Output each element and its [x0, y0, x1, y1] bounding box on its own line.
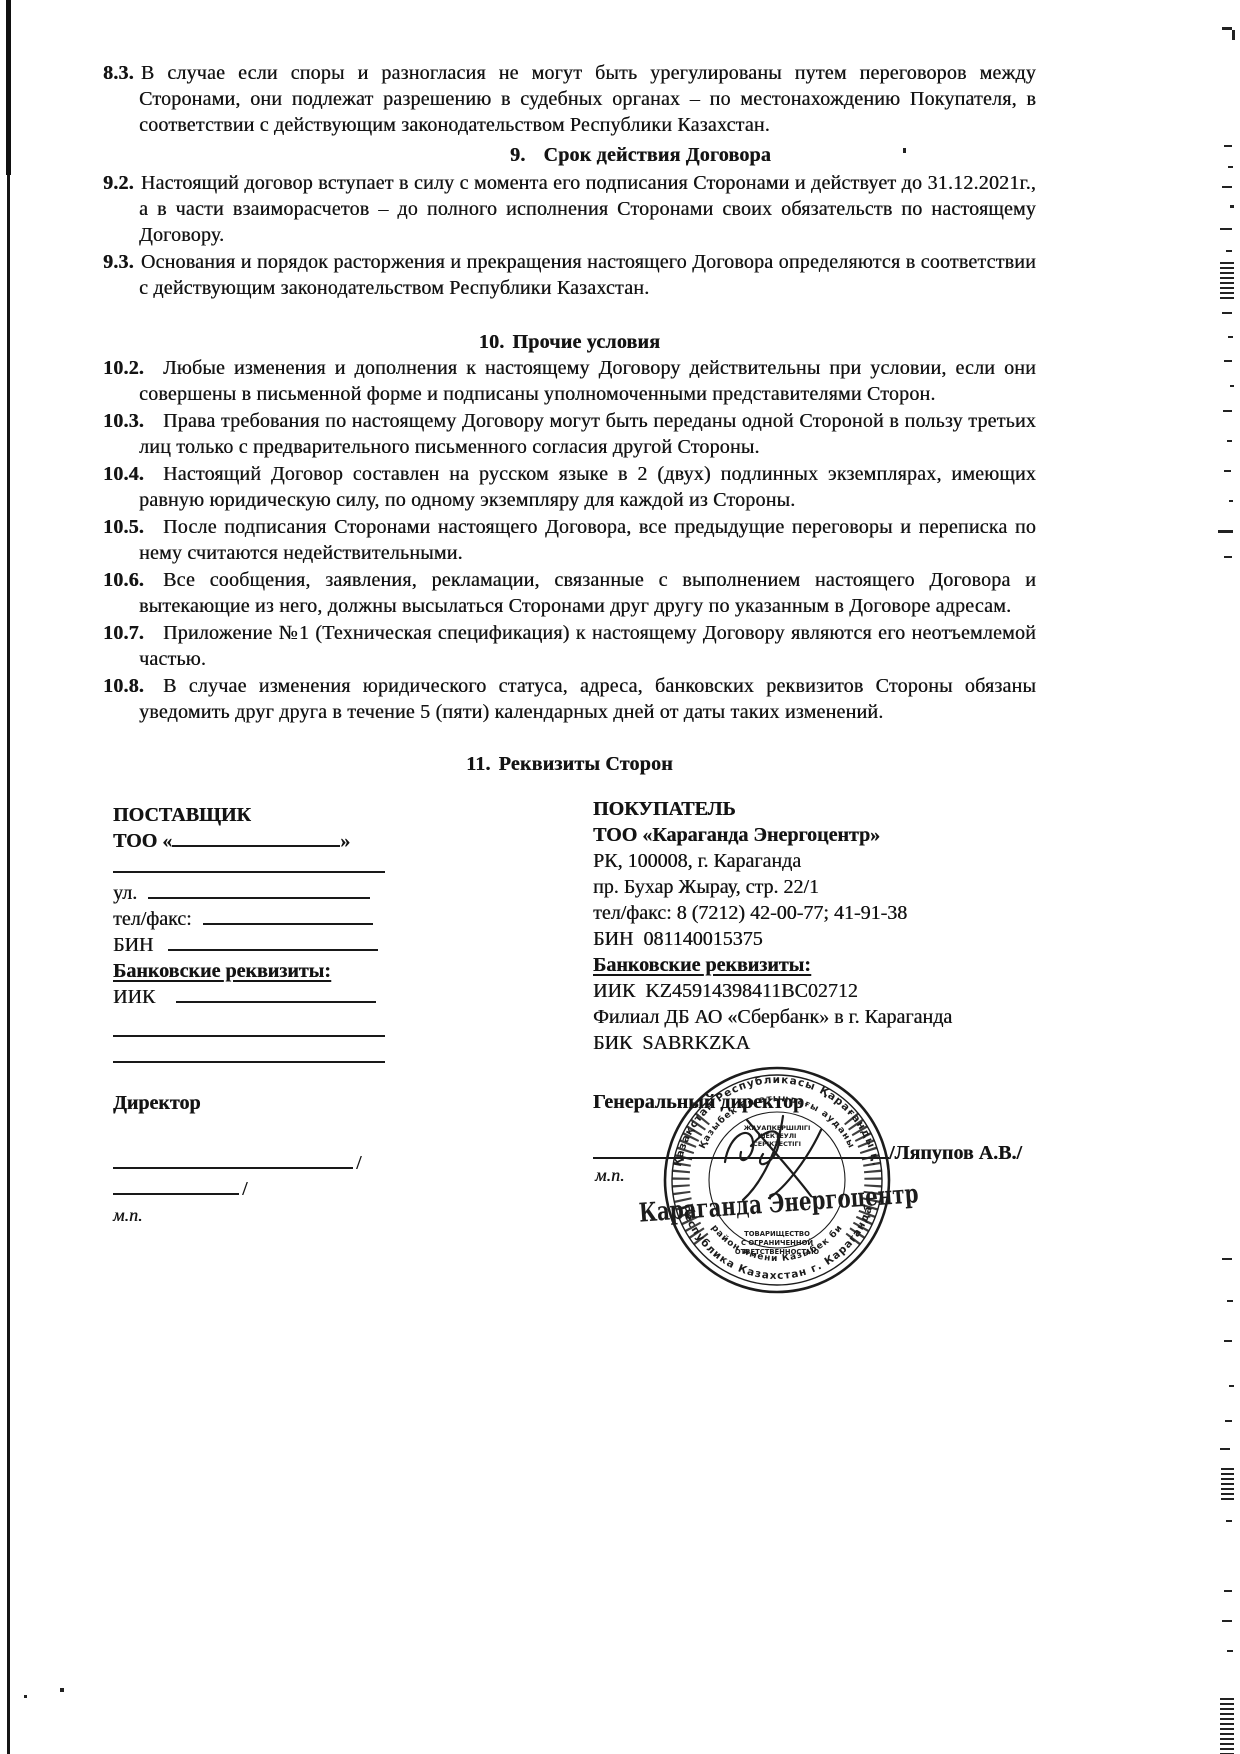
- supplier-role: ПОСТАВЩИК: [113, 802, 453, 828]
- buyer-bank-label: Банковские реквизиты:: [593, 952, 1063, 978]
- scan-artifact: [1225, 1420, 1232, 1422]
- iik-label: ИИК: [113, 986, 155, 1008]
- clause-text: В случае изменения юридического статуса,…: [139, 675, 1036, 723]
- clause-text: Настоящий Договор составлен на русском я…: [139, 463, 1036, 511]
- scan-artifact: [1229, 500, 1233, 502]
- section-10-heading: 10.Прочие условия: [103, 329, 1036, 355]
- supplier-bank-label: Банковские реквизиты:: [113, 958, 453, 984]
- blank-underline: [172, 831, 340, 847]
- clause-10-3: 10.3.Права требования по настоящему Дого…: [103, 408, 1036, 460]
- clause-number: 10.2.: [103, 357, 144, 379]
- scan-artifact: [1222, 27, 1232, 30]
- clause-10-5: 10.5.После подписания Сторонами настояще…: [103, 514, 1036, 566]
- blank-underline: [168, 935, 378, 951]
- section-9-heading: 9.Срок действия Договора: [103, 142, 1036, 168]
- scan-artifact: [1221, 1468, 1234, 1500]
- clause-10-4: 10.4.Настоящий Договор составлен на русс…: [103, 461, 1036, 513]
- clause-number: 9.2.: [103, 172, 134, 194]
- supplier-name-prefix: ТОО «: [113, 830, 172, 852]
- stamp-center-small-bottom-line2: С ОГРАНИЧЕННОЙ: [741, 1238, 813, 1247]
- scan-artifact: [1232, 30, 1235, 40]
- scan-artifact: [1222, 186, 1232, 188]
- supplier-director-label: Директор: [113, 1090, 453, 1116]
- clause-number: 9.3.: [103, 251, 134, 273]
- clause-number: 10.8.: [103, 675, 144, 697]
- phone-label: тел/факс:: [113, 908, 192, 930]
- supplier-street-row: ул.: [113, 880, 453, 906]
- scan-artifact: [1222, 1258, 1232, 1260]
- company-stamp: Қазақстан Республикасы Қарағанды қ. Қазы…: [657, 1060, 897, 1300]
- clause-number: 10.7.: [103, 622, 144, 644]
- clause-10-2: 10.2.Любые изменения и дополнения к наст…: [103, 355, 1036, 407]
- clause-text: В случае если споры и разногласия не мог…: [139, 62, 1036, 136]
- clause-number: 10.4.: [103, 463, 144, 485]
- blank-underline: [113, 857, 385, 873]
- supplier-iik-row: ИИК: [113, 984, 453, 1010]
- clause-8-3: 8.3.В случае если споры и разногласия не…: [103, 60, 1036, 138]
- scan-artifact: [1228, 336, 1233, 338]
- supplier-bin-row: БИН: [113, 932, 453, 958]
- contract-body: 8.3.В случае если споры и разногласия не…: [103, 60, 1036, 779]
- clause-text: После подписания Сторонами настоящего До…: [139, 516, 1036, 564]
- scan-artifact: [7, 0, 10, 1754]
- slash: /: [356, 1150, 362, 1176]
- blank-row: [113, 1018, 453, 1044]
- clause-text: Любые изменения и дополнения к настоящем…: [139, 357, 1036, 405]
- clause-number: 10.6.: [103, 569, 144, 591]
- buyer-address1: РК, 100008, г. Караганда: [593, 848, 1063, 874]
- scan-artifact: [1227, 1300, 1233, 1302]
- scan-artifact: [1226, 1520, 1232, 1522]
- supplier-stamp-place: м.п.: [113, 1202, 453, 1228]
- signature-line: [113, 1179, 239, 1195]
- scan-artifact: [1227, 1650, 1233, 1652]
- scan-artifact: [1224, 145, 1232, 147]
- scan-artifact: [903, 148, 906, 153]
- stamp-center-small-bottom-line3: ОТВЕТСТВЕННОСТЬЮ: [735, 1248, 819, 1256]
- scan-artifact: [1230, 205, 1234, 208]
- stamp-center-small-bottom-line1: ТОВАРИЩЕСТВО: [744, 1230, 810, 1238]
- signature-line: [113, 1153, 353, 1169]
- scan-artifact: [1224, 470, 1231, 472]
- supplier-name-suffix: »: [340, 830, 350, 852]
- buyer-iik: ИИК KZ45914398411BC02712: [593, 978, 1063, 1004]
- scan-artifact: [1220, 228, 1232, 230]
- blank-underline: [113, 1047, 385, 1063]
- scan-artifact: [1226, 250, 1232, 252]
- clause-text: Приложение №1 (Техническая спецификация)…: [139, 622, 1036, 670]
- section-number: 10.: [479, 331, 505, 353]
- scan-artifact: [6, 0, 11, 175]
- section-number: 9.: [510, 144, 525, 166]
- section-title: Прочие условия: [512, 331, 660, 353]
- buyer-role: ПОКУПАТЕЛЬ: [593, 796, 1063, 822]
- supplier-name-row: ТОО «»: [113, 828, 453, 854]
- bin-label: БИН: [113, 934, 153, 956]
- section-number: 11.: [466, 753, 491, 775]
- scan-artifact: [1222, 1620, 1232, 1622]
- clause-number: 10.5.: [103, 516, 144, 538]
- buyer-signature-name: /Ляпупов А.В./: [889, 1142, 1022, 1164]
- scan-artifact: [1230, 385, 1234, 387]
- blank-underline: [148, 883, 370, 899]
- clause-text: Основания и порядок расторжения и прекра…: [139, 251, 1036, 299]
- buyer-phone: тел/факс: 8 (7212) 42-00-77; 41-91-38: [593, 900, 1063, 926]
- blank-row: [113, 854, 453, 880]
- clause-9-2: 9.2.Настоящий договор вступает в силу с …: [103, 170, 1036, 248]
- supplier-signature-row: //: [113, 1150, 453, 1202]
- scan-artifact: [1228, 166, 1233, 168]
- clause-number: 8.3.: [103, 62, 134, 84]
- scan-artifact: [1218, 530, 1233, 533]
- scan-artifact: [1223, 410, 1232, 412]
- buyer-bank-name: Филиал ДБ АО «Сбербанк» в г. Караганда: [593, 1004, 1063, 1030]
- scan-artifact: [1227, 440, 1232, 442]
- clause-9-3: 9.3.Основания и порядок расторжения и пр…: [103, 249, 1036, 301]
- blank-underline: [113, 1021, 385, 1037]
- section-11-heading: 11.Реквизиты Сторон: [103, 751, 1036, 777]
- buyer-bik: БИК SABRKZKA: [593, 1030, 1063, 1056]
- slash: /: [242, 1176, 248, 1202]
- clause-10-6: 10.6.Все сообщения, заявления, рекламаци…: [103, 567, 1036, 619]
- scan-artifact: [60, 1688, 64, 1692]
- scan-artifact: [1220, 1448, 1230, 1450]
- buyer-stamp-place: м.п.: [595, 1162, 625, 1188]
- blank-row: [113, 1044, 453, 1070]
- clause-text: Настоящий договор вступает в силу с моме…: [139, 172, 1036, 246]
- scan-artifact: [1224, 556, 1232, 558]
- blank-underline: [203, 909, 373, 925]
- scan-artifact: [1224, 360, 1232, 362]
- clause-text: Права требования по настоящему Договору …: [139, 410, 1036, 458]
- street-label: ул.: [113, 882, 137, 904]
- clause-text: Все сообщения, заявления, рекламации, св…: [139, 569, 1036, 617]
- scan-artifact: [1220, 262, 1234, 300]
- scan-artifact: [24, 1695, 27, 1698]
- clause-10-8: 10.8.В случае изменения юридического ста…: [103, 673, 1036, 725]
- clause-10-7: 10.7.Приложение №1 (Техническая специфик…: [103, 620, 1036, 672]
- scan-artifact: [1224, 1590, 1232, 1592]
- buyer-bin: БИН 081140015375: [593, 926, 1063, 952]
- scan-artifact: [1220, 1698, 1234, 1754]
- buyer-name: ТОО «Караганда Энергоцентр»: [593, 822, 1063, 848]
- blank-underline: [176, 987, 376, 1003]
- scan-artifact: [1224, 1340, 1232, 1342]
- section-title: Реквизиты Сторон: [499, 753, 673, 775]
- supplier-phone-row: тел/факс:: [113, 906, 453, 932]
- scanned-contract-page: 8.3.В случае если споры и разногласия не…: [0, 0, 1240, 1754]
- section-title: Срок действия Договора: [543, 144, 771, 166]
- clause-number: 10.3.: [103, 410, 144, 432]
- scan-artifact: [1222, 312, 1232, 314]
- scan-artifact: [1229, 1385, 1234, 1387]
- supplier-column: ПОСТАВЩИК ТОО «» ул. тел/факс: БИН Банко…: [113, 802, 453, 1228]
- buyer-address2: пр. Бухар Жырау, стр. 22/1: [593, 874, 1063, 900]
